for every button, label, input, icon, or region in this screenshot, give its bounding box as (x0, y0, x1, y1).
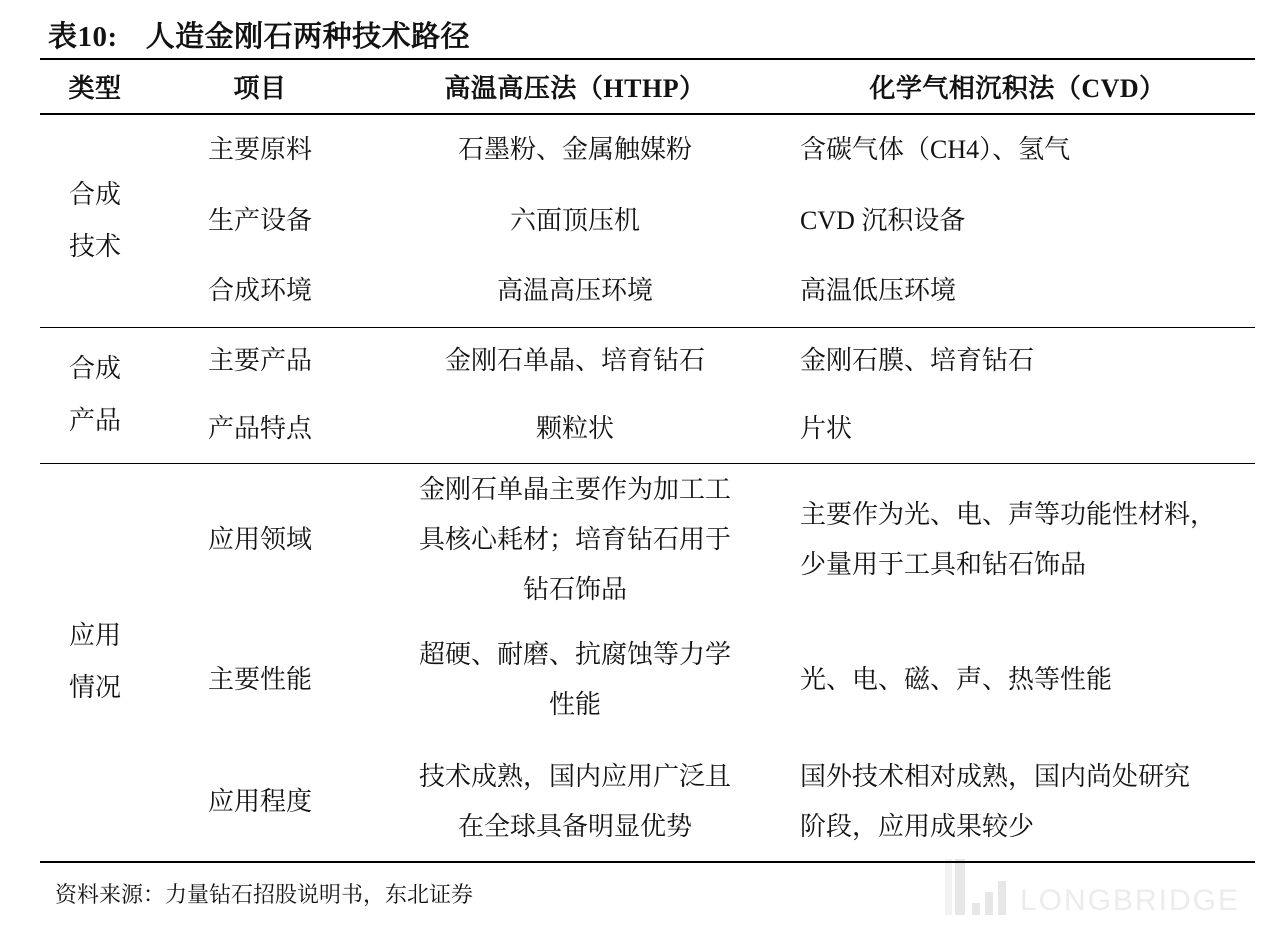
table-row: 合成 技术 主要原料 石墨粉、金属触媒粉 含碳气体（CH4）、氢气 (40, 114, 1255, 185)
hthp-cell: 金刚石单晶主要作为加工工 具核心耗材；培育钻石用于 钻石饰品 (370, 463, 780, 617)
row-group-label-application: 应用 情况 (40, 463, 150, 862)
report-table-page: LONGBRIDGE 表10: 人造金刚石两种技术路径 类型 项目 高温高压法（… (0, 0, 1280, 937)
row-label: 应用领域 (150, 463, 370, 617)
hthp-cell: 石墨粉、金属触媒粉 (370, 114, 780, 185)
table-row: 合成环境 高温高压环境 高温低压环境 (40, 256, 1255, 327)
hthp-cell: 金刚石单晶、培育钻石 (370, 327, 780, 395)
row-label: 主要性能 (150, 617, 370, 742)
col-header-item: 项目 (150, 59, 370, 114)
row-label: 应用程度 (150, 742, 370, 862)
hthp-cell: 六面顶压机 (370, 185, 780, 256)
table-row: 生产设备 六面顶压机 CVD 沉积设备 (40, 185, 1255, 256)
table-caption: 表10: 人造金刚石两种技术路径 (40, 10, 1245, 58)
row-group-label-synthesis-tech: 合成 技术 (40, 114, 150, 327)
hthp-cell: 颗粒状 (370, 395, 780, 463)
cvd-cell: CVD 沉积设备 (780, 185, 1255, 256)
cvd-cell: 主要作为光、电、声等功能性材料， 少量用于工具和钻石饰品 (780, 463, 1255, 617)
row-label: 产品特点 (150, 395, 370, 463)
table-row: 应用程度 技术成熟，国内应用广泛且 在全球具备明显优势 国外技术相对成熟，国内尚… (40, 742, 1255, 862)
col-header-type: 类型 (40, 59, 150, 114)
cvd-cell: 高温低压环境 (780, 256, 1255, 327)
row-label: 主要原料 (150, 114, 370, 185)
row-label: 生产设备 (150, 185, 370, 256)
hthp-cell: 高温高压环境 (370, 256, 780, 327)
source-note: 资料来源：力量钻石招股说明书，东北证券 (40, 878, 1245, 909)
caption-title: 人造金刚石两种技术路径 (146, 14, 471, 55)
table-content: 表10: 人造金刚石两种技术路径 类型 项目 高温高压法（HTHP） 化学气相沉… (0, 0, 1280, 909)
table-row: 主要性能 超硬、耐磨、抗腐蚀等力学 性能 光、电、磁、声、热等性能 (40, 617, 1255, 742)
section-synthesis-product: 合成 产品 主要产品 金刚石单晶、培育钻石 金刚石膜、培育钻石 产品特点 颗粒状… (40, 327, 1255, 463)
section-application: 应用 情况 应用领域 金刚石单晶主要作为加工工 具核心耗材；培育钻石用于 钻石饰… (40, 463, 1255, 862)
row-label: 合成环境 (150, 256, 370, 327)
cvd-cell: 光、电、磁、声、热等性能 (780, 617, 1255, 742)
hthp-cell: 超硬、耐磨、抗腐蚀等力学 性能 (370, 617, 780, 742)
diamond-technology-table: 类型 项目 高温高压法（HTHP） 化学气相沉积法（CVD） 合成 技术 主要原… (40, 58, 1255, 863)
cvd-cell: 金刚石膜、培育钻石 (780, 327, 1255, 395)
caption-number: 表10: (48, 14, 118, 55)
cvd-cell: 片状 (780, 395, 1255, 463)
row-label: 主要产品 (150, 327, 370, 395)
cvd-cell: 含碳气体（CH4）、氢气 (780, 114, 1255, 185)
col-header-hthp: 高温高压法（HTHP） (370, 59, 780, 114)
table-row: 应用 情况 应用领域 金刚石单晶主要作为加工工 具核心耗材；培育钻石用于 钻石饰… (40, 463, 1255, 617)
table-header-row: 类型 项目 高温高压法（HTHP） 化学气相沉积法（CVD） (40, 59, 1255, 114)
col-header-cvd: 化学气相沉积法（CVD） (780, 59, 1255, 114)
table-row: 产品特点 颗粒状 片状 (40, 395, 1255, 463)
table-row: 合成 产品 主要产品 金刚石单晶、培育钻石 金刚石膜、培育钻石 (40, 327, 1255, 395)
hthp-cell: 技术成熟，国内应用广泛且 在全球具备明显优势 (370, 742, 780, 862)
section-synthesis-technology: 合成 技术 主要原料 石墨粉、金属触媒粉 含碳气体（CH4）、氢气 生产设备 六… (40, 114, 1255, 327)
row-group-label-synthesis-product: 合成 产品 (40, 327, 150, 463)
cvd-cell: 国外技术相对成熟，国内尚处研究 阶段，应用成果较少 (780, 742, 1255, 862)
